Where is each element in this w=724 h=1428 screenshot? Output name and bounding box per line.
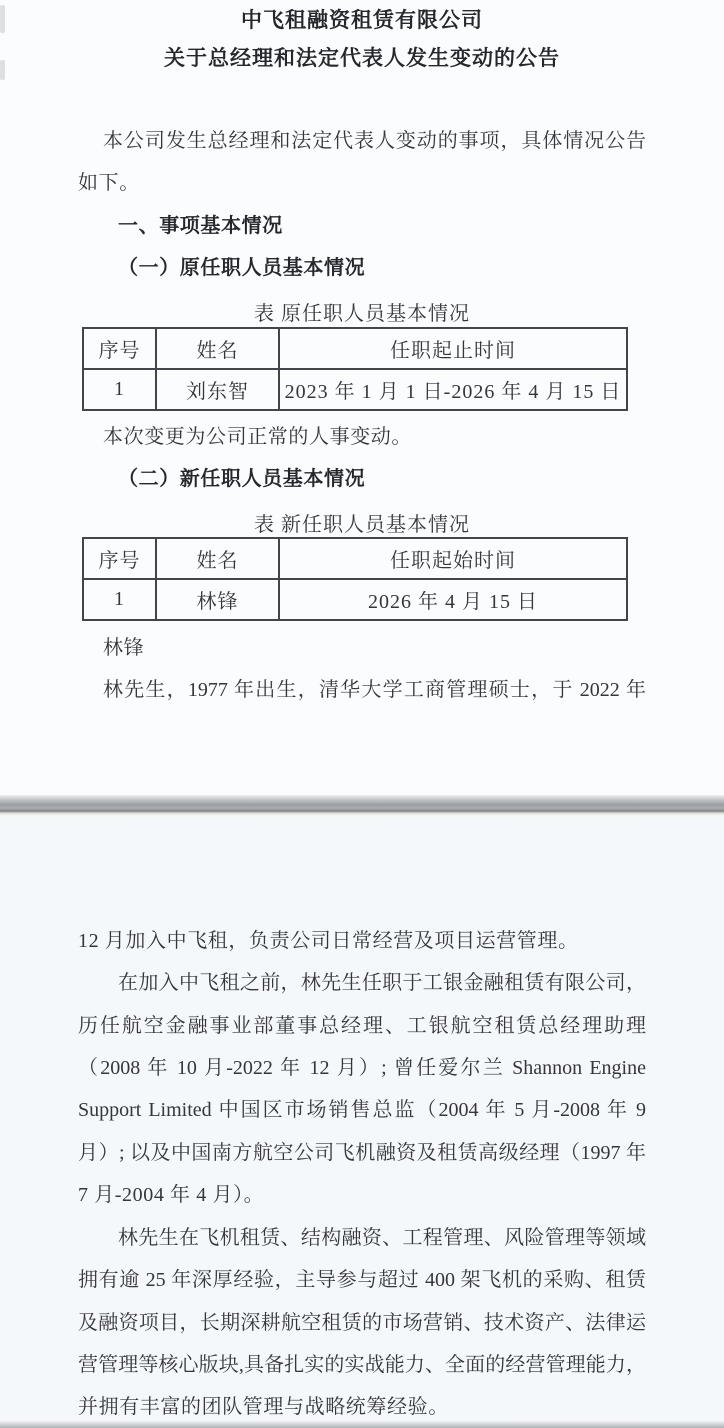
table-row: 1 林锋 2026 年 4 月 15 日 <box>83 579 627 620</box>
intro-line-2: 如下。 <box>78 170 646 197</box>
header-name: 姓名 <box>156 328 279 369</box>
bio-line: 在加入中飞租之前，林先生任职于工银金融租赁有限公司， <box>78 970 646 997</box>
table-header-row: 序号 姓名 任职起始时间 <box>83 538 627 579</box>
header-seq: 序号 <box>83 328 156 369</box>
cell-seq: 1 <box>83 369 156 410</box>
cell-start: 2026 年 4 月 15 日 <box>279 579 627 620</box>
cell-seq: 1 <box>83 579 156 620</box>
document-subtitle: 关于总经理和法定代表人发生变动的公告 <box>0 44 724 72</box>
bottom-page-divider <box>0 1421 724 1428</box>
bio-line: 及融资项目，长期深耕航空租赁的市场营销、技术资产、法律运 <box>78 1310 646 1337</box>
intro-line-1: 本公司发生总经理和法定代表人变动的事项，具体情况公告 <box>78 128 646 155</box>
table-1-caption: 表 原任职人员基本情况 <box>0 297 724 326</box>
bio-line: （2008 年 10 月-2022 年 12 月）; 曾任爱尔兰 Shannon… <box>78 1055 646 1082</box>
bio-line: 林先生在飞机租赁、结构融资、工程管理、风险管理等领域 <box>78 1225 646 1252</box>
header-seq: 序号 <box>83 538 156 579</box>
table-header-row: 序号 姓名 任职起止时间 <box>83 328 627 369</box>
bio-line: 月）; 以及中国南方航空公司飞机融资及租赁高级经理（1997 年 <box>78 1140 646 1167</box>
document-title: 中飞租融资租赁有限公司 <box>0 6 724 34</box>
subsection-2-heading: （二）新任职人员基本情况 <box>78 466 646 493</box>
bio-line: 营管理等核心版块,具备扎实的实战能力、全面的经营管理能力， <box>78 1352 646 1379</box>
cell-name: 林锋 <box>156 579 279 620</box>
new-personnel-table: 序号 姓名 任职起始时间 1 林锋 2026 年 4 月 15 日 <box>82 537 628 621</box>
header-start: 任职起始时间 <box>279 538 627 579</box>
cell-period: 2023 年 1 月 1 日-2026 年 4 月 15 日 <box>279 369 627 410</box>
former-personnel-table: 序号 姓名 任职起止时间 1 刘东智 2023 年 1 月 1 日-2026 年… <box>82 327 628 411</box>
bio-line: Support Limited 中国区市场销售总监（2004 年 5 月-200… <box>78 1097 646 1124</box>
bio-line: 并拥有丰富的团队管理与战略统筹经验。 <box>78 1394 646 1421</box>
bio-line: 7 月-2004 年 4 月）。 <box>78 1182 646 1209</box>
scanned-announcement-document: 中飞租融资租赁有限公司 关于总经理和法定代表人发生变动的公告 本公司发生总经理和… <box>0 0 724 1428</box>
subsection-1-heading: （一）原任职人员基本情况 <box>78 255 646 282</box>
bio-line: 历任航空金融事业部董事总经理、工银航空租赁总经理助理 <box>78 1013 646 1040</box>
header-name: 姓名 <box>156 538 279 579</box>
note-after-table-1: 本次变更为公司正常的人事变动。 <box>78 424 646 451</box>
bio-line: 12 月加入中飞租，负责公司日常经营及项目运营管理。 <box>78 928 646 955</box>
new-manager-name: 林锋 <box>78 635 646 662</box>
bio-line: 拥有逾 25 年深厚经验，主导参与超过 400 架飞机的采购、租赁 <box>78 1267 646 1294</box>
table-2-caption: 表 新任职人员基本情况 <box>0 508 724 537</box>
section-heading: 一、事项基本情况 <box>78 213 646 240</box>
page-divider <box>0 795 724 818</box>
cell-name: 刘东智 <box>156 369 279 410</box>
bio-line-1: 林先生，1977 年出生，清华大学工商管理硕士，于 2022 年 <box>78 677 646 704</box>
header-period: 任职起止时间 <box>279 328 627 369</box>
table-row: 1 刘东智 2023 年 1 月 1 日-2026 年 4 月 15 日 <box>83 369 627 410</box>
